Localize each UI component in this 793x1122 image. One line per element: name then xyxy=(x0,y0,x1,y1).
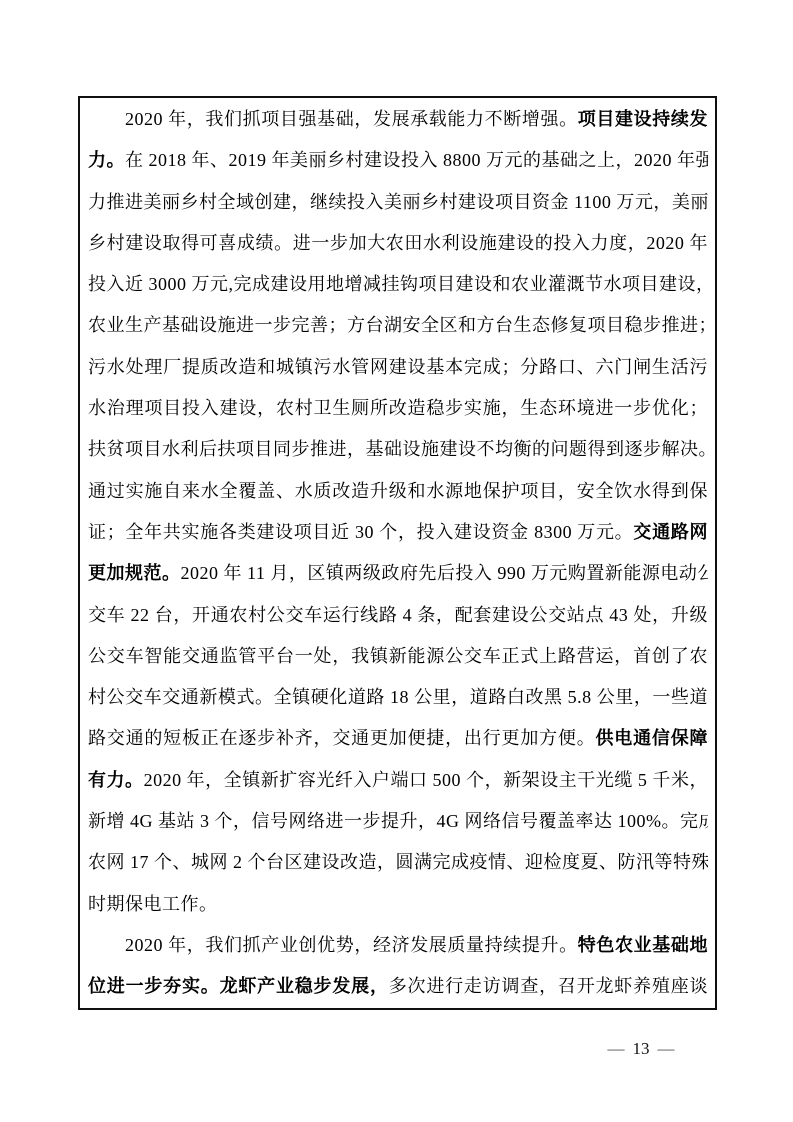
text-line: 力。在 2018 年、2019 年美丽乡村建设投入 8800 万元的基础之上，2… xyxy=(88,140,708,181)
text-segment: 力推进美丽乡村全域创建，继续投入美丽乡村建设项目资金 1100 万元，美丽 xyxy=(88,192,708,212)
bold-text-segment: 项目建设持续发 xyxy=(578,109,708,129)
text-body-frame: 2020 年，我们抓项目强基础，发展承载能力不断增强。项目建设持续发力。在 20… xyxy=(78,96,717,1010)
text-segment: 乡村建设取得可喜成绩。进一步加大农田水利设施建设的投入力度，2020 年 xyxy=(88,233,708,253)
text-segment: 投入近 3000 万元,完成建设用地增减挂钩项目建设和农业灌溉节水项目建设， xyxy=(88,274,708,294)
text-line: 2020 年，我们抓产业创优势，经济发展质量持续提升。特色农业基础地 xyxy=(88,925,708,966)
page-number-value: 13 xyxy=(633,1039,650,1058)
text-segment: 交车 22 台，开通农村公交车运行线路 4 条，配套建设公交站点 43 处，升级 xyxy=(88,605,708,625)
text-segment: 2020 年 11 月，区镇两级政府先后投入 990 万元购置新能源电动公 xyxy=(181,563,709,583)
text-line: 路交通的短板正在逐步补齐，交通更加便捷，出行更加方便。供电通信保障 xyxy=(88,718,708,759)
text-line: 交车 22 台，开通农村公交车运行线路 4 条，配套建设公交站点 43 处，升级 xyxy=(88,595,708,636)
text-segment: 2020 年，我们抓项目强基础，发展承载能力不断增强。 xyxy=(125,109,578,129)
text-segment: 水治理项目投入建设，农村卫生厕所改造稳步实施，生态环境进一步优化； xyxy=(88,398,708,418)
bold-text-segment: 特色农业基础地 xyxy=(578,935,708,955)
text-line: 村公交车交通新模式。全镇硬化道路 18 公里，道路白改黑 5.8 公里，一些道 xyxy=(88,677,708,718)
text-line: 投入近 3000 万元,完成建设用地增减挂钩项目建设和农业灌溉节水项目建设， xyxy=(88,264,708,305)
text-segment: 扶贫项目水利后扶项目同步推进，基础设施建设不均衡的问题得到逐步解决。 xyxy=(88,439,708,459)
text-line: 有力。2020 年，全镇新扩容光纤入户端口 500 个，新架设主干光缆 5 千米… xyxy=(88,760,708,801)
text-segment: 污水处理厂提质改造和城镇污水管网建设基本完成；分路口、六门闸生活污 xyxy=(88,357,708,377)
document-page: 2020 年，我们抓项目强基础，发展承载能力不断增强。项目建设持续发力。在 20… xyxy=(0,0,793,1122)
bold-text-segment: 位进一步夯实。龙虾产业稳步发展， xyxy=(88,976,389,996)
text-segment: 农业生产基础设施进一步完善；方台湖安全区和方台生态修复项目稳步推进； xyxy=(88,315,708,335)
bold-text-segment: 更加规范。 xyxy=(88,563,181,583)
text-line: 2020 年，我们抓项目强基础，发展承载能力不断增强。项目建设持续发 xyxy=(88,99,708,140)
page-number-dash-right: — xyxy=(658,1039,675,1058)
text-segment: 2020 年，全镇新扩容光纤入户端口 500 个，新架设主干光缆 5 千米， xyxy=(144,770,708,790)
text-segment: 新增 4G 基站 3 个，信号网络进一步提升，4G 网络信号覆盖率达 100%。… xyxy=(88,811,708,831)
text-line: 新增 4G 基站 3 个，信号网络进一步提升，4G 网络信号覆盖率达 100%。… xyxy=(88,801,708,842)
text-line: 扶贫项目水利后扶项目同步推进，基础设施建设不均衡的问题得到逐步解决。 xyxy=(88,429,708,470)
text-segment: 公交车智能交通监管平台一处，我镇新能源公交车正式上路营运，首创了农 xyxy=(88,646,708,666)
bold-text-segment: 有力。 xyxy=(88,770,144,790)
text-line: 污水处理厂提质改造和城镇污水管网建设基本完成；分路口、六门闸生活污 xyxy=(88,347,708,388)
text-line: 水治理项目投入建设，农村卫生厕所改造稳步实施，生态环境进一步优化； xyxy=(88,388,708,429)
text-segment: 时期保电工作。 xyxy=(88,894,218,914)
bold-text-segment: 交通路网 xyxy=(633,522,708,542)
text-line: 位进一步夯实。龙虾产业稳步发展，多次进行走访调查，召开龙虾养殖座谈 xyxy=(88,966,708,1007)
text-segment: 在 2018 年、2019 年美丽乡村建设投入 8800 万元的基础之上，202… xyxy=(125,150,708,170)
text-line: 力推进美丽乡村全域创建，继续投入美丽乡村建设项目资金 1100 万元，美丽 xyxy=(88,182,708,223)
text-line: 更加规范。2020 年 11 月，区镇两级政府先后投入 990 万元购置新能源电… xyxy=(88,553,708,594)
text-line: 通过实施自来水全覆盖、水质改造升级和水源地保护项目，安全饮水得到保 xyxy=(88,471,708,512)
page-number: —13— xyxy=(596,1038,686,1060)
bold-text-segment: 供电通信保障 xyxy=(596,728,708,748)
text-segment: 证；全年共实施各类建设项目近 30 个，投入建设资金 8300 万元。 xyxy=(88,522,633,542)
text-line: 农业生产基础设施进一步完善；方台湖安全区和方台生态修复项目稳步推进； xyxy=(88,305,708,346)
text-line: 证；全年共实施各类建设项目近 30 个，投入建设资金 8300 万元。交通路网 xyxy=(88,512,708,553)
page-number-dash-left: — xyxy=(608,1039,625,1058)
text-line: 农网 17 个、城网 2 个台区建设改造，圆满完成疫情、迎检度夏、防汛等特殊 xyxy=(88,842,708,883)
text-line: 时期保电工作。 xyxy=(88,884,708,925)
text-line: 公交车智能交通监管平台一处，我镇新能源公交车正式上路营运，首创了农 xyxy=(88,636,708,677)
text-line: 乡村建设取得可喜成绩。进一步加大农田水利设施建设的投入力度，2020 年 xyxy=(88,223,708,264)
text-segment: 路交通的短板正在逐步补齐，交通更加便捷，出行更加方便。 xyxy=(88,728,596,748)
bold-text-segment: 力。 xyxy=(88,150,125,170)
text-segment: 农网 17 个、城网 2 个台区建设改造，圆满完成疫情、迎检度夏、防汛等特殊 xyxy=(88,852,708,872)
text-segment: 多次进行走访调查，召开龙虾养殖座谈 xyxy=(389,976,708,996)
text-segment: 2020 年，我们抓产业创优势，经济发展质量持续提升。 xyxy=(125,935,578,955)
text-segment: 村公交车交通新模式。全镇硬化道路 18 公里，道路白改黑 5.8 公里，一些道 xyxy=(88,687,708,707)
text-segment: 通过实施自来水全覆盖、水质改造升级和水源地保护项目，安全饮水得到保 xyxy=(88,481,708,501)
